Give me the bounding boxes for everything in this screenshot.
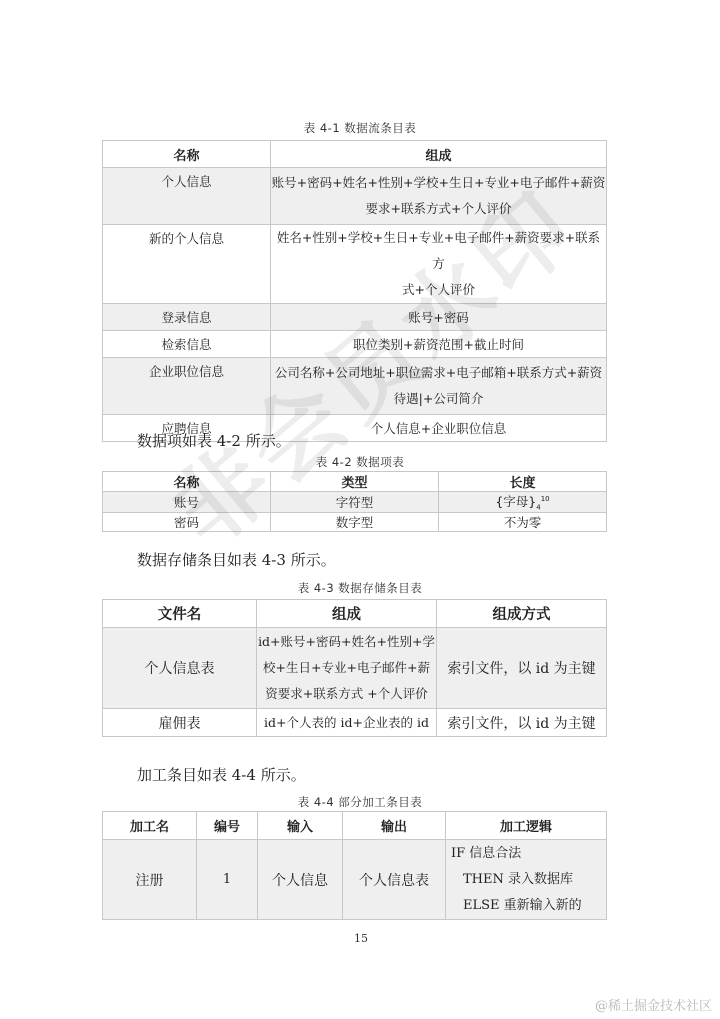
- table-header-row: 名称 组成: [103, 141, 607, 168]
- table-row: 个人信息 账号+密码+姓名+性别+学校+生日+专业+电子邮件+薪资 要求+联系方…: [103, 168, 607, 225]
- cell-name: 新的个人信息: [103, 225, 271, 304]
- cell-composition: 职位类别+薪资范围+截止时间: [271, 331, 607, 358]
- header-length: 长度: [439, 472, 607, 492]
- line: 账号+密码+姓名+性别+学校+生日+专业+电子邮件+薪资: [271, 170, 606, 196]
- table-row: 账号 字符型 {字母}410: [103, 492, 607, 513]
- header-input: 输入: [258, 812, 343, 840]
- source-credit: @稀土掘金技术社区: [595, 995, 712, 1014]
- line: 资要求+联系方式 +个人评价: [257, 681, 436, 707]
- header-name: 名称: [103, 472, 271, 492]
- table-row: 登录信息 账号+密码: [103, 304, 607, 331]
- length-sup: 10: [541, 495, 550, 503]
- cell-output: 个人信息表: [343, 840, 446, 920]
- line: 式+个人评价: [271, 277, 606, 303]
- header-composition: 组成: [257, 600, 437, 628]
- table-row: 注册 1 个人信息 个人信息表 IF 信息合法 THEN 录入数据库 ELSE …: [103, 840, 607, 920]
- cell-file-name: 个人信息表: [103, 628, 257, 709]
- data-items-table: 名称 类型 长度 账号 字符型 {字母}410 密码 数字型 不为零: [102, 471, 607, 532]
- data-store-table: 文件名 组成 组成方式 个人信息表 id+账号+密码+姓名+性别+学 校+生日+…: [102, 599, 607, 737]
- cell-name: 密码: [103, 512, 271, 531]
- cell-file-name: 雇佣表: [103, 709, 257, 737]
- cell-name: 登录信息: [103, 304, 271, 331]
- header-file-name: 文件名: [103, 600, 257, 628]
- cell-length: 不为零: [439, 512, 607, 531]
- table-row: 密码 数字型 不为零: [103, 512, 607, 531]
- paragraph-data-items: 数据项如表 4-2 所示。: [137, 430, 291, 451]
- table2-caption: 表 4-2 数据项表: [0, 454, 720, 470]
- line: id+账号+密码+姓名+性别+学: [257, 629, 436, 655]
- paragraph-data-stores: 数据存储条目如表 4-3 所示。: [137, 549, 336, 570]
- header-method: 组成方式: [437, 600, 607, 628]
- cell-composition: 账号+密码: [271, 304, 607, 331]
- line: 要求+联系方式+个人评价: [271, 196, 606, 222]
- table-header-row: 加工名 编号 输入 输出 加工逻辑: [103, 812, 607, 840]
- cell-name: 个人信息: [103, 168, 271, 225]
- line: 姓名+性别+学校+生日+专业+电子邮件+薪资要求+联系方: [271, 225, 606, 277]
- table-row: 个人信息表 id+账号+密码+姓名+性别+学 校+生日+专业+电子邮件+薪 资要…: [103, 628, 607, 709]
- document-page: 表 4-1 数据流条目表 名称 组成 个人信息 账号+密码+姓名+性别+学校+生…: [0, 0, 720, 1019]
- header-name: 名称: [103, 141, 271, 168]
- cell-process-name: 注册: [103, 840, 197, 920]
- cell-composition: id+个人表的 id+企业表的 id: [257, 709, 437, 737]
- cell-number: 1: [197, 840, 258, 920]
- header-process-name: 加工名: [103, 812, 197, 840]
- table-row: 企业职位信息 公司名称+公司地址+职位需求+电子邮箱+联系方式+薪资 待遇|+公…: [103, 358, 607, 415]
- cell-composition: 公司名称+公司地址+职位需求+电子邮箱+联系方式+薪资 待遇|+公司简介: [271, 358, 607, 415]
- line: 待遇|+公司简介: [271, 386, 606, 412]
- line: 校+生日+专业+电子邮件+薪: [257, 655, 436, 681]
- cell-input: 个人信息: [258, 840, 343, 920]
- table3-caption: 表 4-3 数据存储条目表: [0, 580, 720, 596]
- table-row: 新的个人信息 姓名+性别+学校+生日+专业+电子邮件+薪资要求+联系方 式+个人…: [103, 225, 607, 304]
- cell-type: 字符型: [271, 492, 439, 513]
- cell-composition: id+账号+密码+姓名+性别+学 校+生日+专业+电子邮件+薪 资要求+联系方式…: [257, 628, 437, 709]
- cell-type: 数字型: [271, 512, 439, 531]
- page-number: 15: [354, 932, 368, 945]
- cell-composition: 个人信息+企业职位信息: [271, 415, 607, 442]
- cell-length: {字母}410: [439, 492, 607, 513]
- header-number: 编号: [197, 812, 258, 840]
- dataflow-table: 名称 组成 个人信息 账号+密码+姓名+性别+学校+生日+专业+电子邮件+薪资 …: [102, 140, 607, 442]
- cell-name: 检索信息: [103, 331, 271, 358]
- table-row: 检索信息 职位类别+薪资范围+截止时间: [103, 331, 607, 358]
- cell-method: 索引文件，以 id 为主键: [437, 709, 607, 737]
- header-output: 输出: [343, 812, 446, 840]
- cell-name: 企业职位信息: [103, 358, 271, 415]
- logic-line: ELSE 重新输入新的: [451, 893, 606, 919]
- process-table: 加工名 编号 输入 输出 加工逻辑 注册 1 个人信息 个人信息表 IF 信息合…: [102, 811, 607, 920]
- length-base: {字母}: [495, 494, 536, 509]
- header-type: 类型: [271, 472, 439, 492]
- table4-caption: 表 4-4 部分加工条目表: [0, 794, 720, 810]
- table-row: 雇佣表 id+个人表的 id+企业表的 id 索引文件，以 id 为主键: [103, 709, 607, 737]
- cell-composition: 账号+密码+姓名+性别+学校+生日+专业+电子邮件+薪资 要求+联系方式+个人评…: [271, 168, 607, 225]
- table-header-row: 文件名 组成 组成方式: [103, 600, 607, 628]
- line: 公司名称+公司地址+职位需求+电子邮箱+联系方式+薪资: [271, 360, 606, 386]
- cell-name: 账号: [103, 492, 271, 513]
- cell-logic: IF 信息合法 THEN 录入数据库 ELSE 重新输入新的: [446, 840, 607, 920]
- header-composition: 组成: [271, 141, 607, 168]
- cell-method: 索引文件，以 id 为主键: [437, 628, 607, 709]
- paragraph-processes: 加工条目如表 4-4 所示。: [137, 764, 306, 785]
- logic-line: THEN 录入数据库: [451, 867, 606, 893]
- logic-line: IF 信息合法: [451, 841, 606, 867]
- cell-composition: 姓名+性别+学校+生日+专业+电子邮件+薪资要求+联系方 式+个人评价: [271, 225, 607, 304]
- table-header-row: 名称 类型 长度: [103, 472, 607, 492]
- length-sub: 4: [536, 504, 540, 512]
- table1-caption: 表 4-1 数据流条目表: [0, 120, 720, 136]
- header-logic: 加工逻辑: [446, 812, 607, 840]
